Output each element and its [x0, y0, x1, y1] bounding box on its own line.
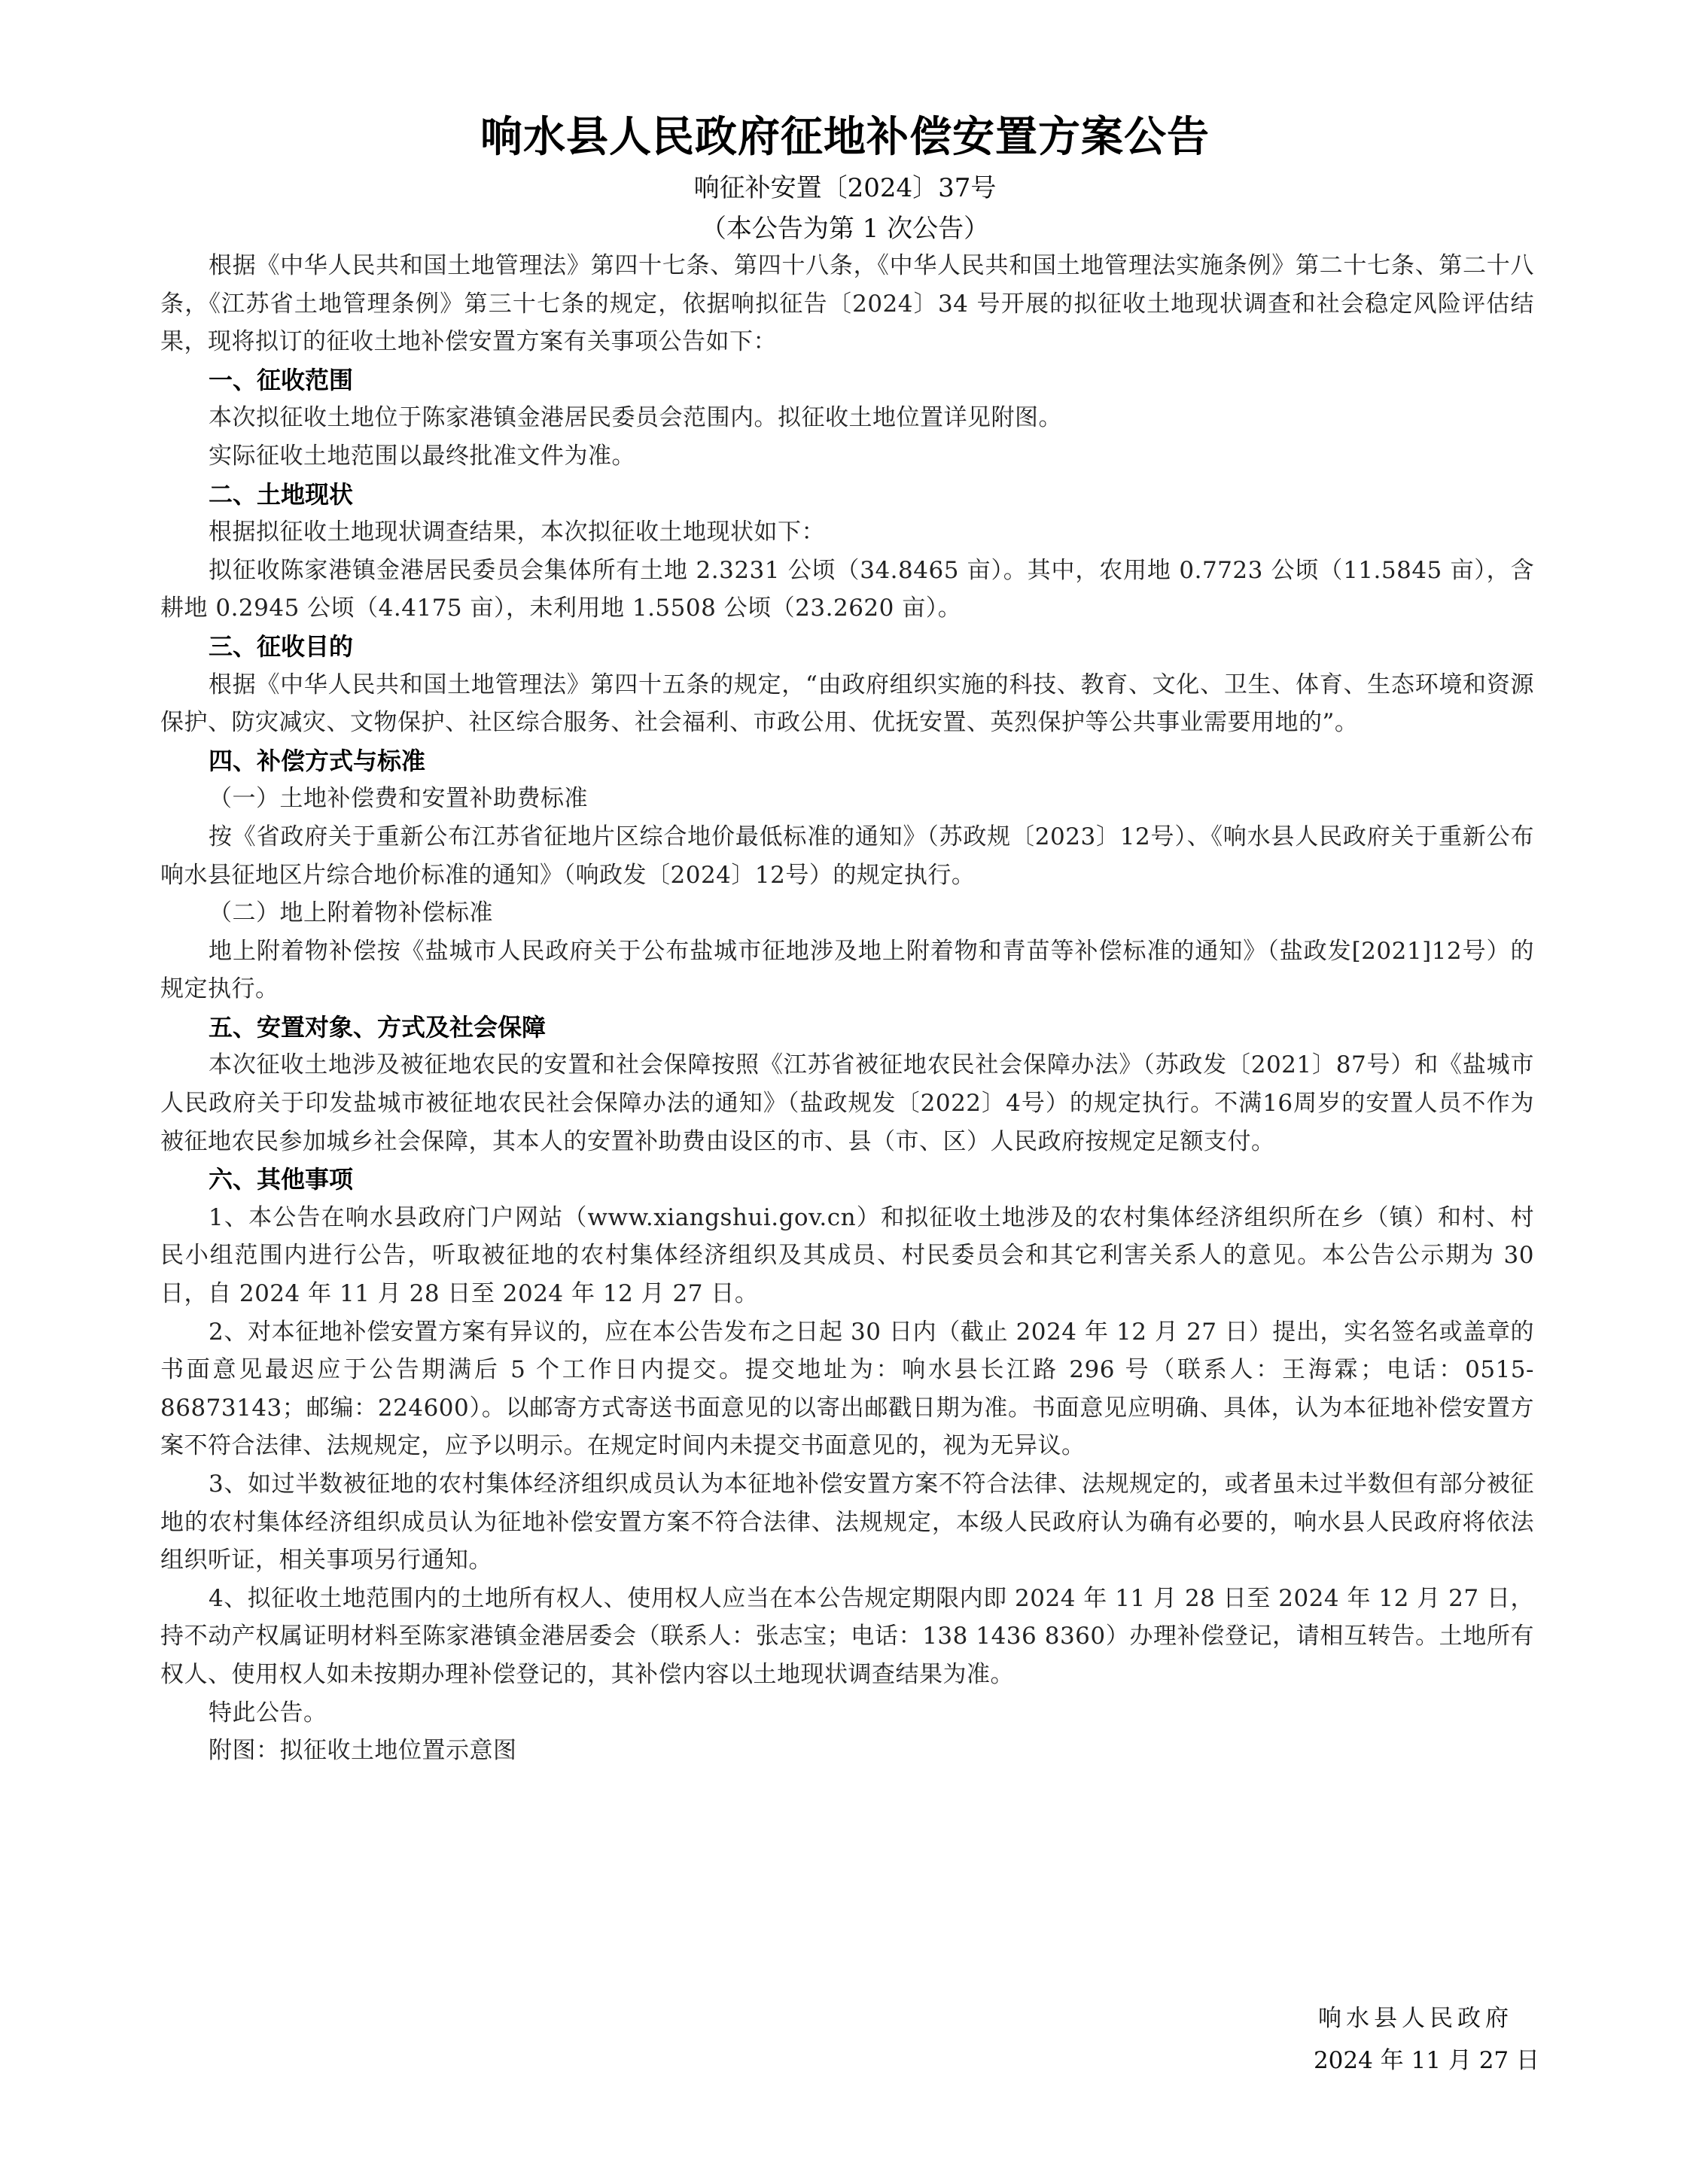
intro-paragraph: 根据《中华人民共和国土地管理法》第四十七条、第四十八条，《中华人民共和国土地管理… [160, 247, 1534, 361]
closing-statement: 特此公告。 [160, 1694, 1534, 1732]
subheading: （二）地上附着物补偿标准 [160, 894, 1534, 932]
section-heading: 五、安置对象、方式及社会保障 [160, 1008, 1534, 1047]
paragraph: 2、对本征地补偿安置方案有异议的，应在本公告发布之日起 30 日内（截止 202… [160, 1313, 1534, 1465]
section-heading: 三、征收目的 [160, 628, 1534, 666]
paragraph: 根据拟征收土地现状调查结果，本次拟征收土地现状如下： [160, 513, 1534, 552]
signature-date: 2024 年 11 月 27 日 [1314, 2041, 1539, 2075]
paragraph: 4、拟征收土地范围内的土地所有权人、使用权人应当在本公告规定期限内即 2024 … [160, 1580, 1534, 1694]
document-page: 响水县人民政府征地补偿安置方案公告 响征补安置〔2024〕37号 （本公告为第 … [0, 0, 1690, 2184]
paragraph: 根据《中华人民共和国土地管理法》第四十五条的规定，“由政府组织实施的科技、教育、… [160, 666, 1534, 742]
announcement-round-note: （本公告为第 1 次公告） [0, 208, 1690, 245]
section-heading: 一、征收范围 [160, 361, 1534, 400]
section-heading: 二、土地现状 [160, 476, 1534, 514]
section-resettlement: 五、安置对象、方式及社会保障 本次征收土地涉及被征地农民的安置和社会保障按照《江… [160, 1008, 1534, 1160]
paragraph: 3、如过半数被征地的农村集体经济组织成员认为本征地补偿安置方案不符合法律、法规规… [160, 1465, 1534, 1580]
attachment-note: 附图：拟征收土地位置示意图 [160, 1732, 1534, 1770]
subheading: （一）土地补偿费和安置补助费标准 [160, 780, 1534, 818]
paragraph: 1、本公告在响水县政府门户网站（www.xiangshui.gov.cn）和拟征… [160, 1199, 1534, 1313]
section-compensation: 四、补偿方式与标准 （一）土地补偿费和安置补助费标准 按《省政府关于重新公布江苏… [160, 742, 1534, 1008]
paragraph: 本次拟征收土地位于陈家港镇金港居民委员会范围内。拟征收土地位置详见附图。 [160, 399, 1534, 437]
document-title: 响水县人民政府征地补偿安置方案公告 [0, 104, 1690, 164]
section-heading: 六、其他事项 [160, 1160, 1534, 1199]
section-other-matters: 六、其他事项 1、本公告在响水县政府门户网站（www.xiangshui.gov… [160, 1160, 1534, 1693]
document-body: 根据《中华人民共和国土地管理法》第四十七条、第四十八条，《中华人民共和国土地管理… [160, 247, 1534, 1770]
paragraph: 按《省政府关于重新公布江苏省征地片区综合地价最低标准的通知》（苏政规〔2023〕… [160, 818, 1534, 894]
paragraph: 拟征收陈家港镇金港居民委员会集体所有土地 2.3231 公顷（34.8465 亩… [160, 552, 1534, 628]
section-scope: 一、征收范围 本次拟征收土地位于陈家港镇金港居民委员会范围内。拟征收土地位置详见… [160, 361, 1534, 476]
paragraph: 本次征收土地涉及被征地农民的安置和社会保障按照《江苏省被征地农民社会保障办法》（… [160, 1046, 1534, 1160]
document-number: 响征补安置〔2024〕37号 [0, 167, 1690, 204]
section-purpose: 三、征收目的 根据《中华人民共和国土地管理法》第四十五条的规定，“由政府组织实施… [160, 628, 1534, 742]
paragraph: 地上附着物补偿按《盐城市人民政府关于公布盐城市征地涉及地上附着物和青苗等补偿标准… [160, 932, 1534, 1008]
signature-organization: 响水县人民政府 [1318, 1999, 1513, 2033]
section-heading: 四、补偿方式与标准 [160, 742, 1534, 780]
paragraph: 实际征收土地范围以最终批准文件为准。 [160, 437, 1534, 476]
section-land-status: 二、土地现状 根据拟征收土地现状调查结果，本次拟征收土地现状如下： 拟征收陈家港… [160, 476, 1534, 628]
